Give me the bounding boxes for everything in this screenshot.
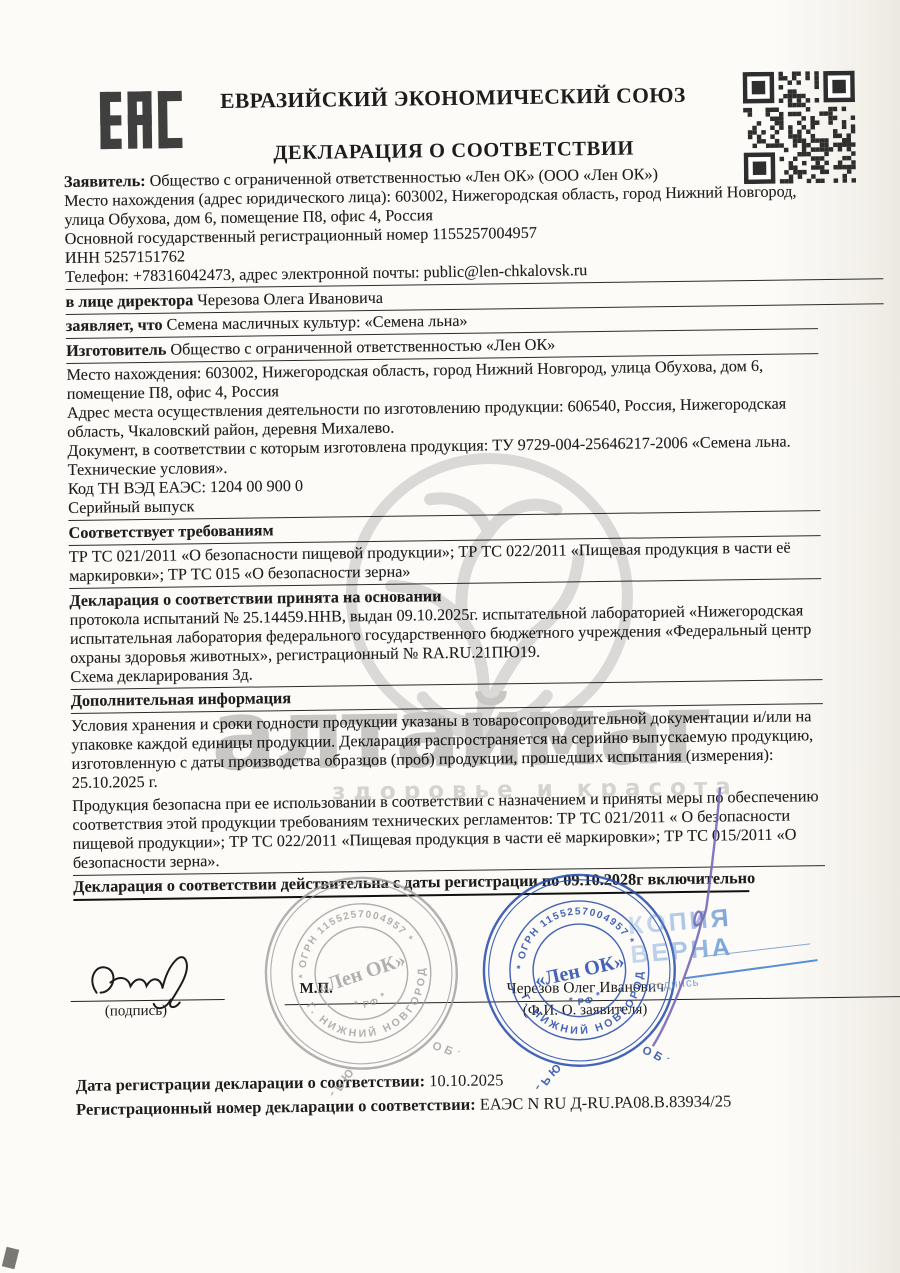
scanned-declaration-document: ЕАС ЕВРАЗИЙСКИЙ ЭКОНОМИЧЕСКИЙ СОЮЗ ДЕКЛА… — [0, 0, 900, 1273]
svg-text:* РФ *: * РФ * — [350, 987, 393, 1015]
scan-tilt-wrapper: ЕАС ЕВРАЗИЙСКИЙ ЭКОНОМИЧЕСКИЙ СОЮЗ ДЕКЛА… — [0, 0, 900, 1273]
union-title: ЕВРАЗИЙСКИЙ ЭКОНОМИЧЕСКИЙ СОЮЗ — [163, 82, 743, 115]
svg-text:«Лен ОК»: «Лен ОК» — [533, 950, 627, 992]
svg-text:«Лен ОК»: «Лен ОК» — [315, 948, 408, 998]
document-title: ДЕКЛАРАЦИЯ О СООТВЕТСТВИИ — [163, 136, 743, 167]
document-body: Заявитель: Общество с ограниченной ответ… — [64, 163, 846, 1121]
signature-stamp-area: (подпись) ОБЩЕСТВО С ОГРАНИЧЕННОЙ ОТВЕТС… — [73, 893, 845, 1073]
svg-text:* РФ *: * РФ * — [565, 987, 607, 1011]
copy-verna-stamp: КОПИЯ ВЕРНА подпись — [627, 894, 847, 993]
director-signature — [82, 946, 233, 1010]
